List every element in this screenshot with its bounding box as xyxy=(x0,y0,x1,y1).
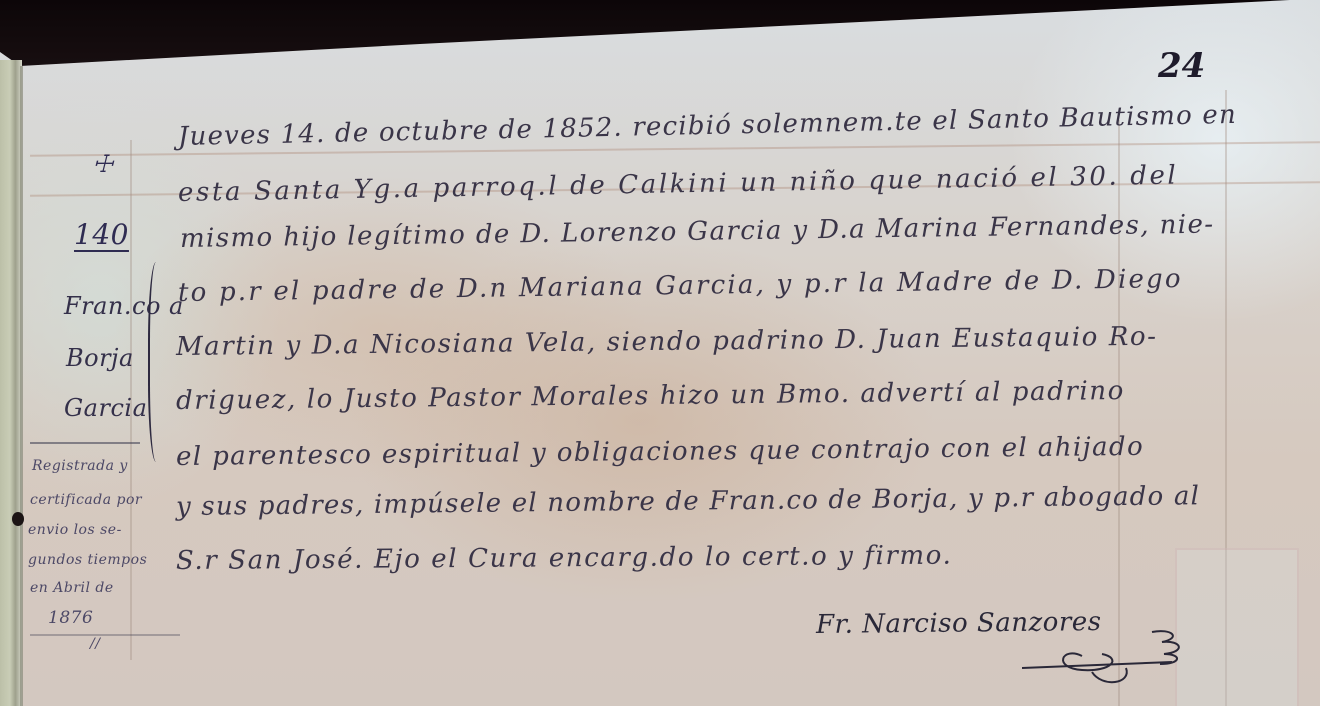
entry-line: S.r San José. Ejo el Cura encarg.do lo c… xyxy=(176,541,953,576)
margin-name-line: Garcia xyxy=(64,394,147,422)
column-rule xyxy=(1118,120,1120,706)
book-gutter xyxy=(0,60,22,706)
binding-hole xyxy=(12,512,24,526)
entry-number: 140 xyxy=(74,218,129,251)
margin-divider xyxy=(30,442,140,444)
margin-brace xyxy=(148,262,168,462)
margin-note-line: en Abril de xyxy=(30,580,114,596)
folio-number: 24 xyxy=(1158,46,1205,86)
gutter-edge xyxy=(20,66,23,706)
signature-rubric-icon xyxy=(1022,628,1192,688)
margin-note-line: 1876 xyxy=(48,608,93,628)
cross-icon: ☩ xyxy=(92,150,114,178)
margin-name-line: Borja xyxy=(66,344,134,372)
margin-note-line: gundos tiempos xyxy=(28,552,147,568)
faded-stamp-area xyxy=(1175,548,1299,706)
register-photo: 24 ☩ 140 Fran.co a Borja Garcia Registra… xyxy=(0,0,1320,706)
margin-note-line: certificada por xyxy=(30,492,142,508)
margin-note-end: // xyxy=(90,636,100,652)
margin-note-line: envio los se- xyxy=(28,522,122,538)
margin-note-line: Registrada y xyxy=(32,458,128,474)
margin-divider xyxy=(30,634,180,636)
